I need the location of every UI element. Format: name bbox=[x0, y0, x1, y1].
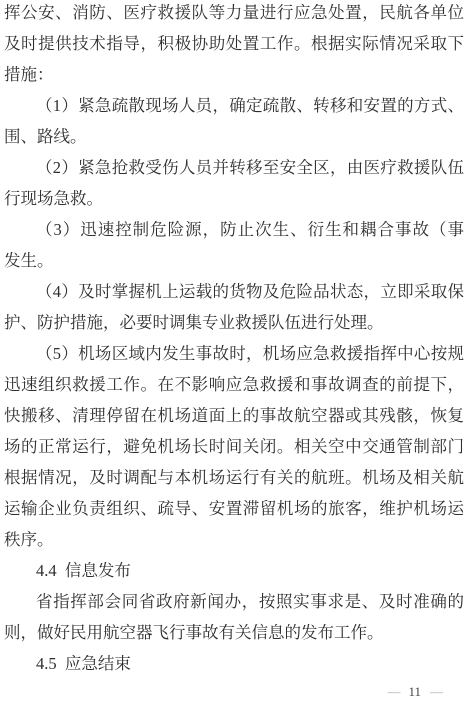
text-line: 省指挥部会同省政府新闻办，按照实事求是、及时准确的原 bbox=[4, 586, 464, 617]
text-line: （5）机场区域内发生事故时，机场应急救援指挥中心按规定 bbox=[4, 338, 464, 369]
document-body: 挥公安、消防、医疗救援队等力量进行应急处置，民航各单位要及时提供技术指导，积极协… bbox=[0, 0, 468, 679]
text-line: （4）及时掌握机上运载的货物及危险品状态，立即采取保 bbox=[4, 276, 464, 307]
text-line: 迅速组织救援工作。在不影响应急救援和事故调查的前提下，尽 bbox=[4, 369, 464, 400]
text-line: 措施： bbox=[4, 59, 464, 90]
page-number: — 11 — bbox=[387, 685, 442, 699]
text-line: 根据情况，及时调配与本机场运行有关的航班。机场及相关航空 bbox=[4, 462, 464, 493]
text-line: 运输企业负责组织、疏导、安置滞留机场的旅客，维护机场运行 bbox=[4, 493, 464, 524]
document-page: 挥公安、消防、医疗救援队等力量进行应急处置，民航各单位要及时提供技术指导，积极协… bbox=[0, 0, 468, 704]
text-line: （1）紧急疏散现场人员，确定疏散、转移和安置的方式、范 bbox=[4, 90, 464, 121]
section-heading: 4.5 应急结束 bbox=[4, 648, 464, 679]
text-line: 场的正常运行，避免机场长时间关闭。相关空中交通管制部门应 bbox=[4, 431, 464, 462]
text-line: （2）紧急抢救受伤人员并转移至安全区，由医疗救援队伍进 bbox=[4, 152, 464, 183]
text-line: 秩序。 bbox=[4, 524, 464, 555]
text-line: 护、防护措施，必要时调集专业救援队伍进行处理。 bbox=[4, 307, 464, 338]
text-line: 快搬移、清理停留在机场道面上的事故航空器或其残骸，恢复机 bbox=[4, 400, 464, 431]
text-line: 发生。 bbox=[4, 245, 464, 276]
page-number-value: 11 bbox=[408, 685, 421, 699]
text-line: 行现场急救。 bbox=[4, 183, 464, 214]
text-line: 则，做好民用航空器飞行事故有关信息的发布工作。 bbox=[4, 617, 464, 648]
section-heading: 4.4 信息发布 bbox=[4, 555, 464, 586]
text-line: （3）迅速控制危险源，防止次生、衍生和耦合事故（事件） bbox=[4, 214, 464, 245]
page-number-dash-right: — bbox=[430, 685, 442, 699]
text-line: 挥公安、消防、医疗救援队等力量进行应急处置，民航各单位要 bbox=[4, 0, 464, 28]
page-number-dash-left: — bbox=[387, 685, 399, 699]
text-line: 围、路线。 bbox=[4, 121, 464, 152]
text-line: 及时提供技术指导，积极协助处置工作。根据实际情况采取下列 bbox=[4, 28, 464, 59]
